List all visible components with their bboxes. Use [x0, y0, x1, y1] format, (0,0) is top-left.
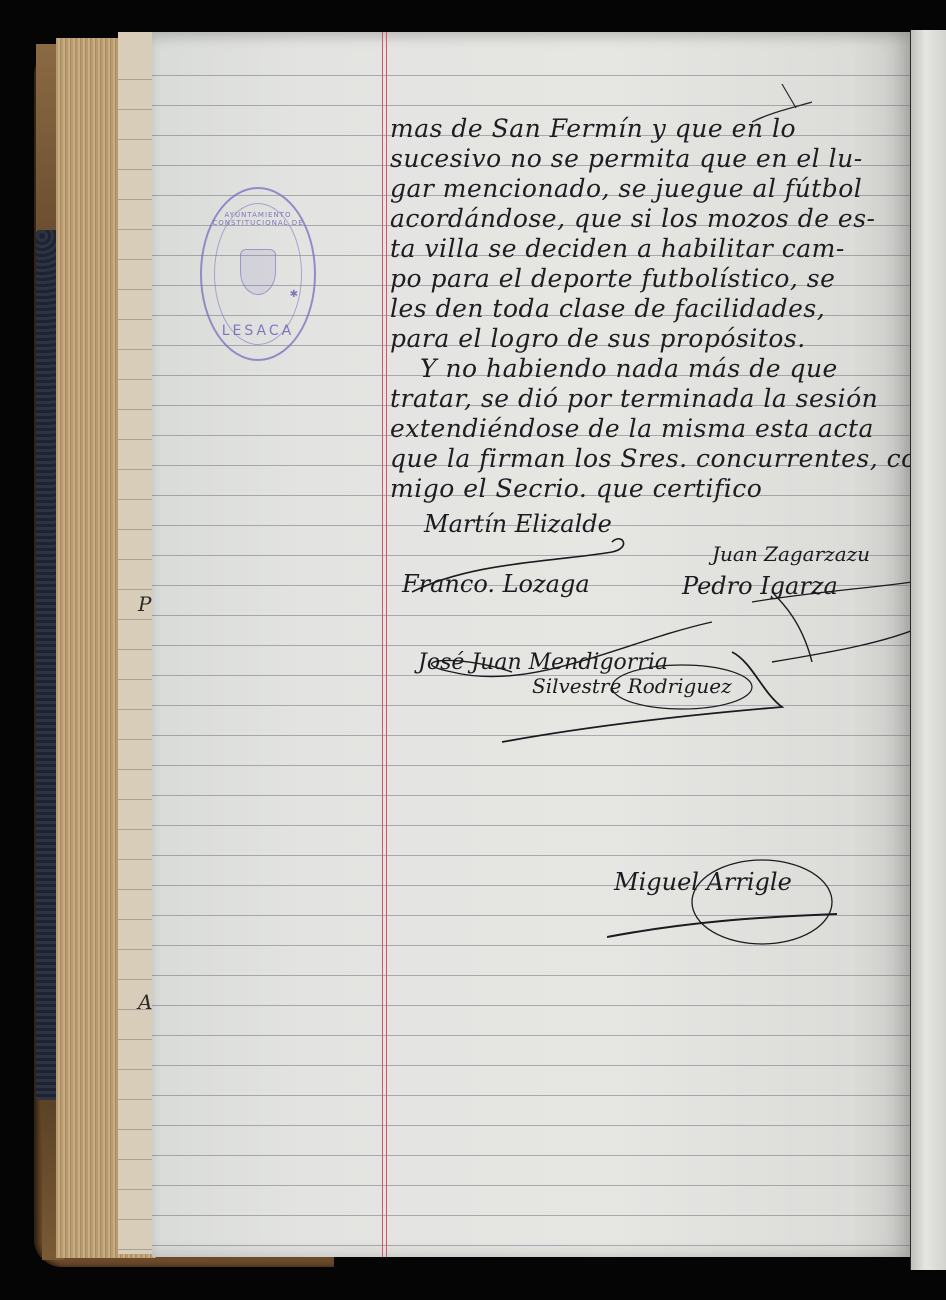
text-line: Y no habiendo nada más de que: [390, 354, 930, 384]
secretary-signature-flourish-icon: [607, 852, 867, 952]
text-line: tratar, se dió por terminada la sesión: [390, 384, 930, 414]
margin-mark: P: [138, 592, 151, 616]
signature-flourish-icon: [392, 512, 946, 752]
cover-corner-top: [36, 44, 58, 234]
text-line: les den toda clase de facilidades,: [390, 294, 930, 324]
text-line: sucesivo no se permita que en el lu-: [390, 144, 930, 174]
star-icon: ✱: [290, 289, 298, 300]
coat-of-arms-icon: [240, 249, 276, 295]
text-line: mas de San Fermín y que en lo: [390, 114, 930, 144]
document-page: AYUNTAMIENTO CONSTITUCIONAL DE ✱ LESACA …: [152, 32, 912, 1257]
stamp-town: LESACA: [202, 323, 314, 339]
previous-leaf-ruling: [118, 32, 154, 1254]
text-line: para el logro de sus propósitos.: [390, 324, 930, 354]
text-line: que la firman los Sres. concurrentes, co…: [390, 444, 930, 474]
text-line: migo el Secrio. que certifico: [390, 474, 930, 504]
previous-leaf: [118, 32, 156, 1254]
stamp-ring-text: AYUNTAMIENTO CONSTITUCIONAL DE: [202, 211, 314, 227]
text-line: gar mencionado, se juegue al fútbol: [390, 174, 930, 204]
text-line: po para el deporte futbolístico, se: [390, 264, 930, 294]
minutes-text: mas de San Fermín y que en lo sucesivo n…: [390, 114, 930, 504]
margin-mark: A: [138, 990, 152, 1014]
red-margin-rule: [382, 32, 387, 1257]
text-line: extendiéndose de la misma esta acta: [390, 414, 930, 444]
cover-leather-spine: [36, 230, 58, 1100]
text-line: ta villa se deciden a habilitar cam-: [390, 234, 930, 264]
page-edge-right: [910, 30, 946, 1270]
text-line: acordándose, que si los mozos de es-: [390, 204, 930, 234]
official-stamp: AYUNTAMIENTO CONSTITUCIONAL DE ✱ LESACA: [200, 187, 316, 361]
